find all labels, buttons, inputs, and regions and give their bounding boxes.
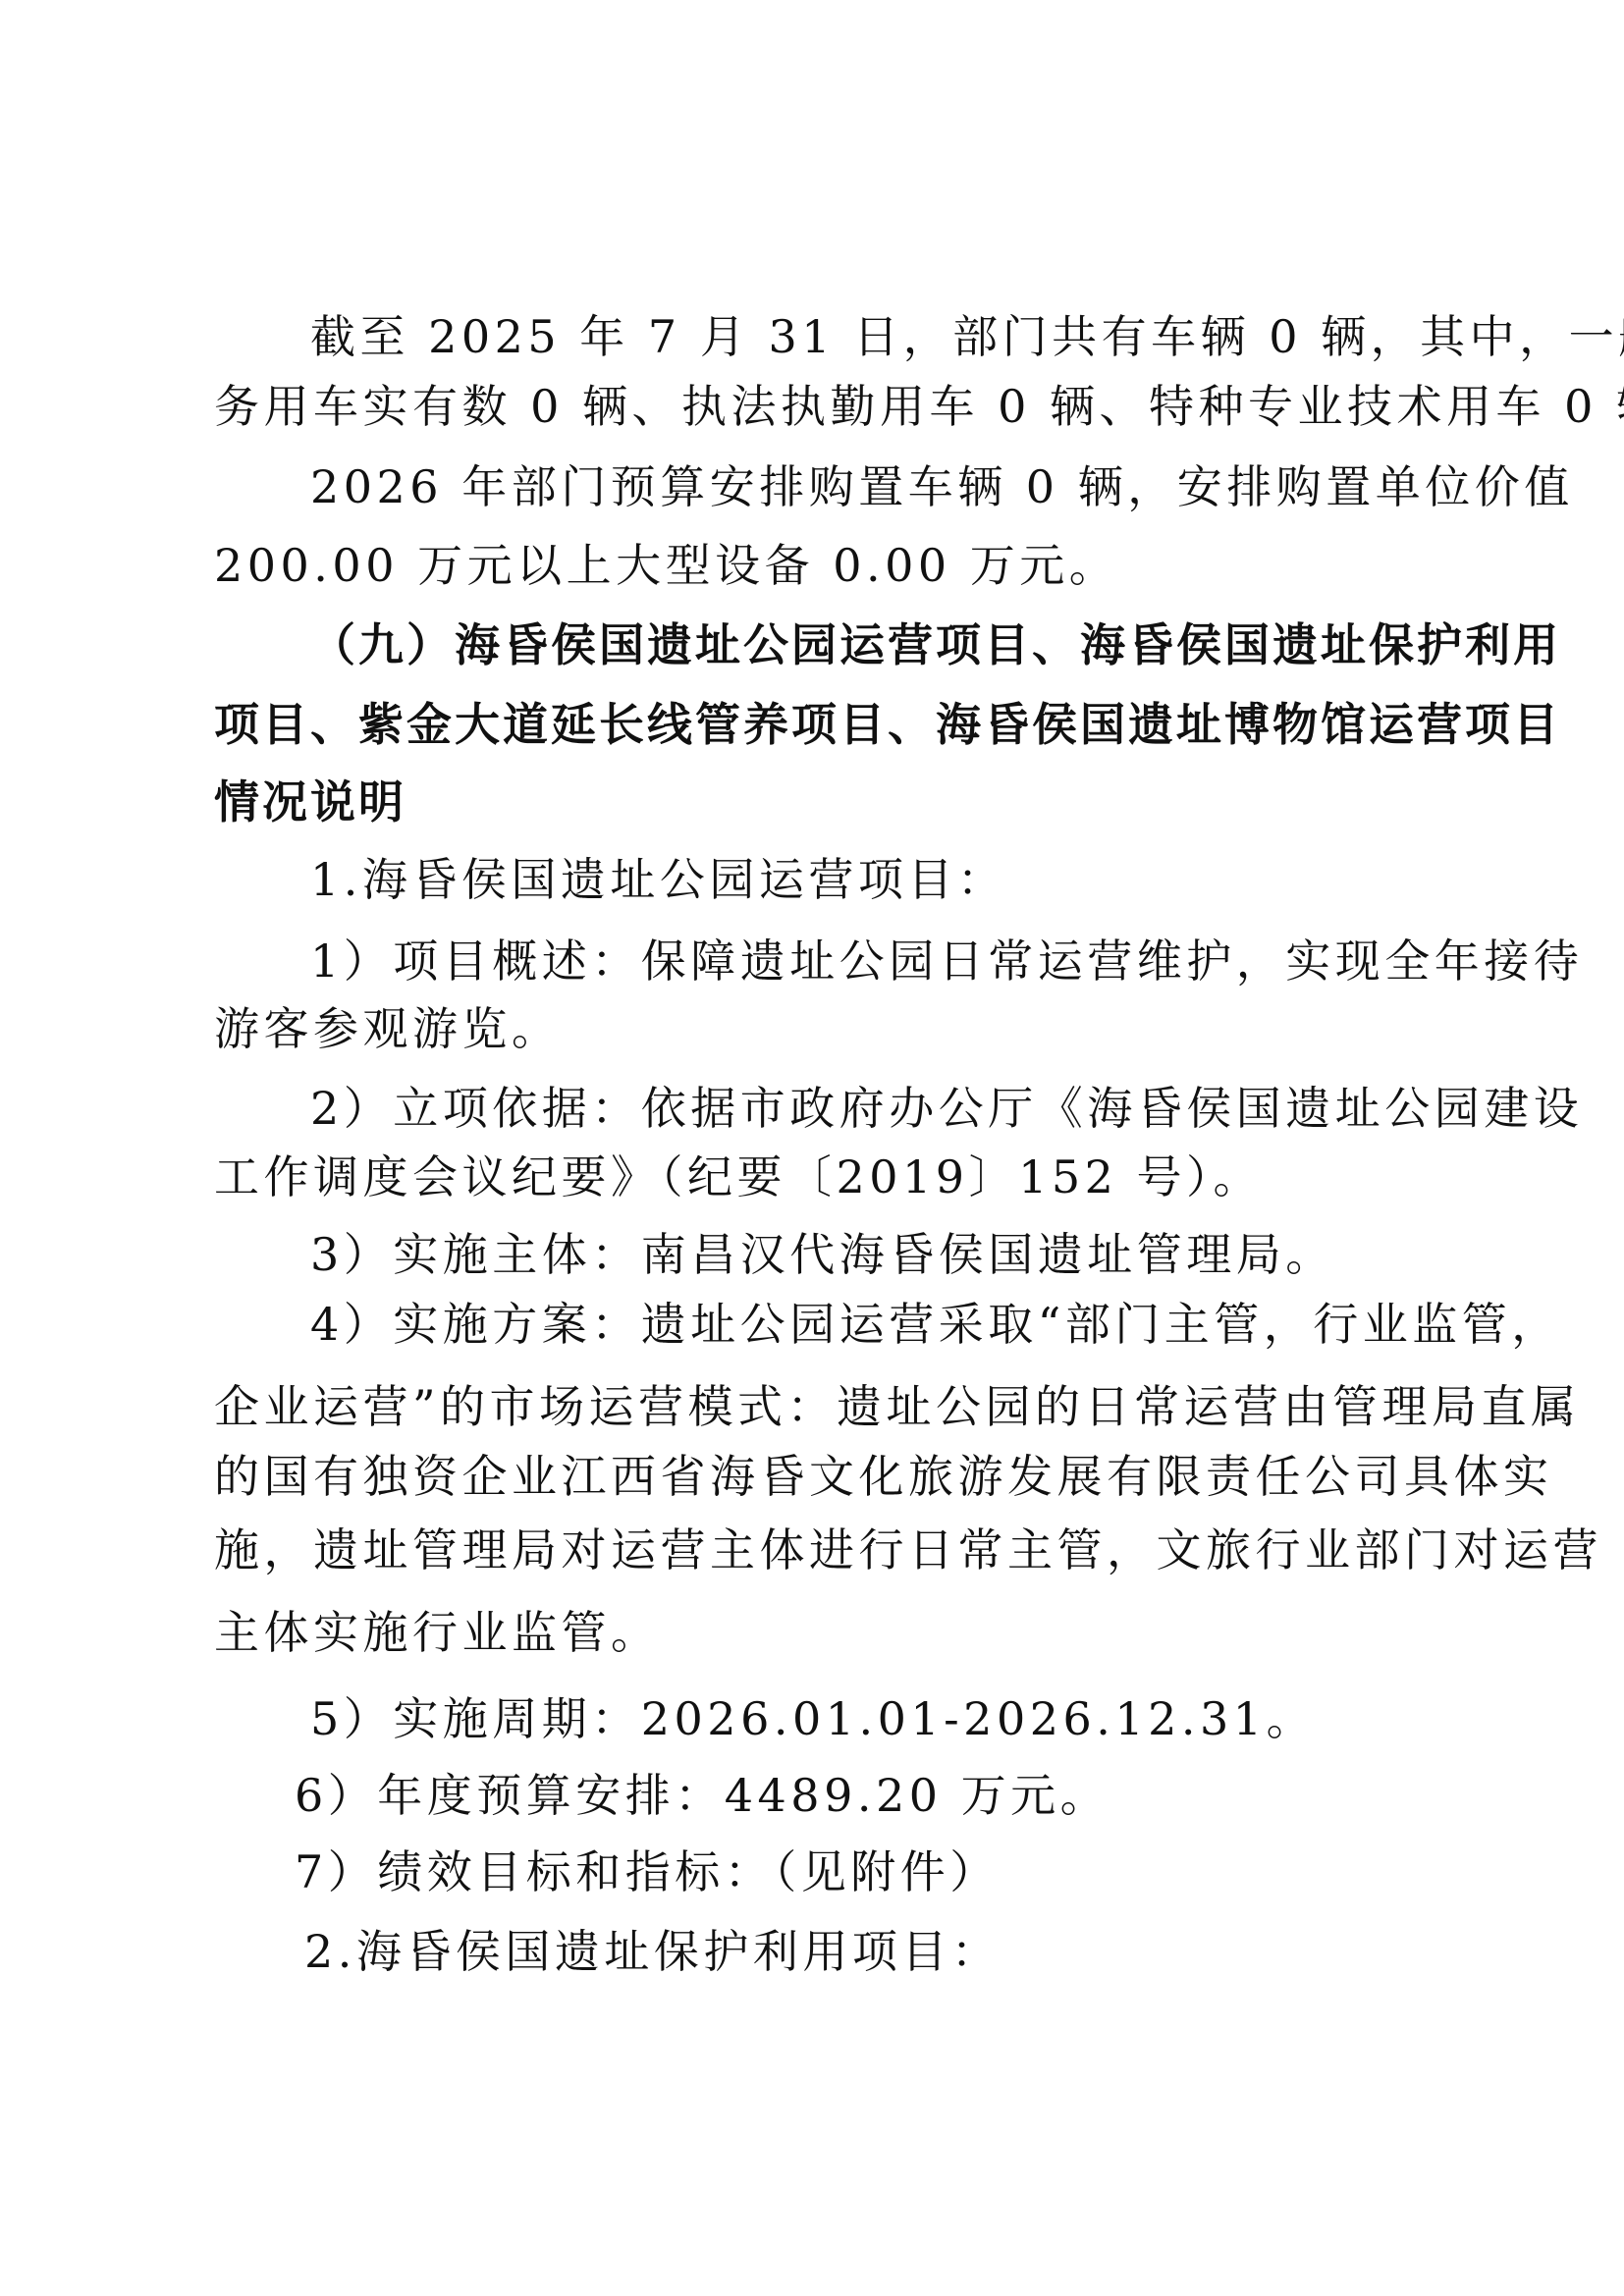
purchase-paragraph-line-1: 2026 年部门预算安排购置车辆 0 辆，安排购置单位价值	[310, 453, 1371, 521]
section-heading-line-2: 项目、紫金大道延长线管养项目、海昏侯国遗址博物馆运营项目	[214, 690, 1436, 759]
project1-plan-line-4: 施，遗址管理局对运营主体进行日常主管，文旅行业部门对运营	[214, 1516, 1436, 1584]
project1-basis-line-2: 工作调度会议纪要》（纪要〔2019〕152 号）。	[214, 1143, 1436, 1211]
project1-subject: 3）实施主体：南昌汉代海昏侯国遗址管理局。	[310, 1220, 1436, 1289]
project1-plan-line-1: 4）实施方案：遗址公园运营采取“部门主管，行业监管，	[310, 1290, 1436, 1359]
vehicles-paragraph-line-1: 截至 2025 年 7 月 31 日，部门共有车辆 0 辆，其中，一般公	[310, 302, 1436, 371]
project2-title: 2.海昏侯国遗址保护利用项目：	[304, 1917, 1431, 1986]
section-heading-line-1: （九）海昏侯国遗址公园运营项目、海昏侯国遗址保护利用	[310, 611, 1436, 679]
project1-overview-line-2: 游客参观游览。	[214, 994, 1436, 1063]
project1-budget: 6）年度预算安排：4489.20 万元。	[295, 1761, 1517, 1830]
section-heading-line-3: 情况说明	[214, 768, 1436, 836]
project1-period: 5）实施周期：2026.01.01-2026.12.31。	[310, 1684, 1436, 1753]
purchase-paragraph-line-2: 200.00 万元以上大型设备 0.00 万元。	[214, 531, 1436, 600]
project1-plan-line-2: 企业运营”的市场运营模式：遗址公园的日常运营由管理局直属	[214, 1372, 1436, 1441]
project1-plan-line-5: 主体实施行业监管。	[214, 1598, 1436, 1667]
project1-title: 1.海昏侯国遗址公园运营项目：	[310, 845, 1436, 914]
vehicles-paragraph-line-2: 务用车实有数 0 辆、执法执勤用车 0 辆、特种专业技术用车 0 辆。	[214, 372, 1436, 441]
project1-basis-line-1: 2）立项依据：依据市政府办公厅《海昏侯国遗址公园建设	[310, 1074, 1436, 1143]
project1-overview-line-1: 1）项目概述：保障遗址公园日常运营维护，实现全年接待	[310, 927, 1436, 995]
project1-plan-line-3: 的国有独资企业江西省海昏文化旅游发展有限责任公司具体实	[214, 1442, 1436, 1511]
project1-targets: 7）绩效目标和指标：（见附件）	[295, 1838, 1517, 1906]
